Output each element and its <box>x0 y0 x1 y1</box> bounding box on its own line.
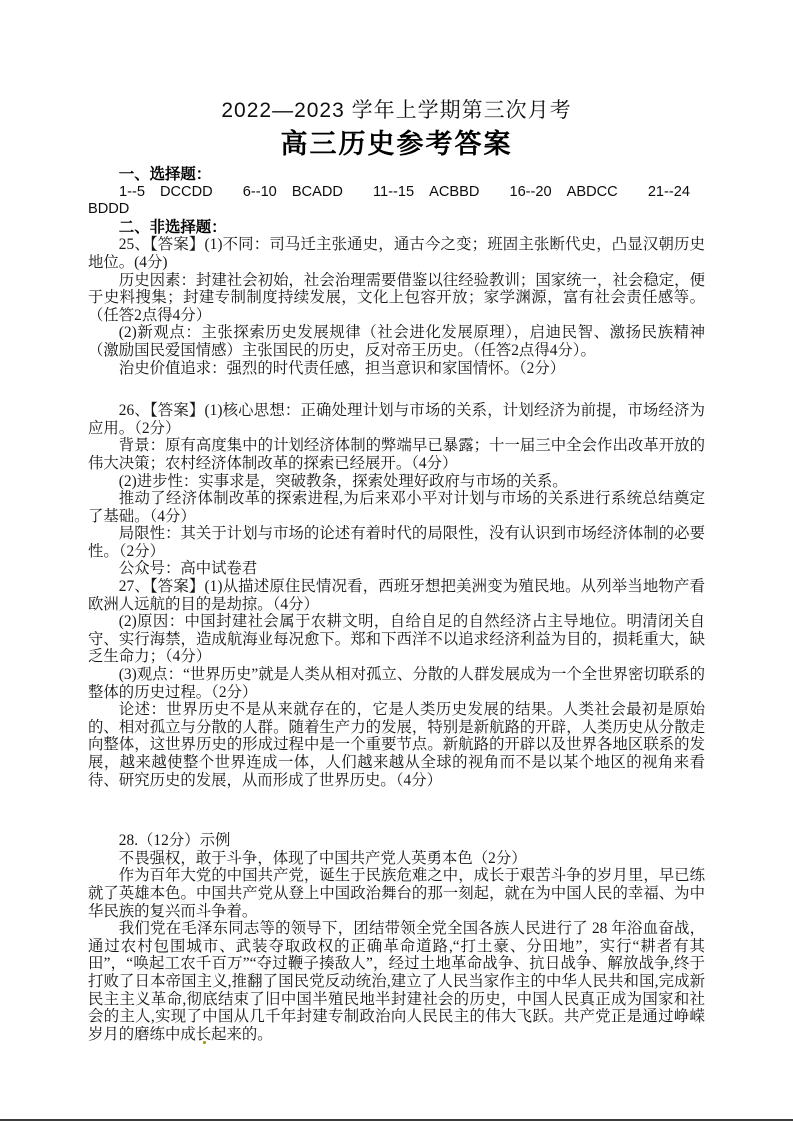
answer-25-p1: 25、【答案】(1)不同：司马迁主张通史，通古今之变；班固主张断代史，凸显汉朝历… <box>88 236 705 271</box>
scanned-answer-sheet-page: 2022—2023 学年上学期第三次月考 高三历史参考答案 一、选择题： 1--… <box>0 0 793 1122</box>
mcq-letters: ABDCC <box>567 184 618 202</box>
mcq-letters: BCADD <box>292 184 343 202</box>
answer-27-p2: (2)原因：中国封建社会属于农耕文明，自给自足的自然经济占主导地位。明清闭关自守… <box>88 613 705 666</box>
document-body: 2022—2023 学年上学期第三次月考 高三历史参考答案 一、选择题： 1--… <box>88 98 705 1043</box>
mcq-range: 11--15 <box>373 184 414 202</box>
mcq-group-2: 6--10 BCADD <box>243 184 343 202</box>
answer-27-p1: 27、【答案】(1)从描述原住民情况看，西班牙想把美洲变为殖民地。从列举当地物产… <box>88 578 705 613</box>
answer-28-p1: 28.（12分）示例 <box>88 832 705 850</box>
answer-27-p4: 论述：世界历史不是从来就存在的，它是人类历史发展的结果。人类社会最初是原始的、相… <box>88 701 705 789</box>
answer-26-p1: 26、【答案】(1)核心思想：正确处理计划与市场的关系，计划经济为前提，市场经济… <box>88 402 705 437</box>
mcq-answers-row: 1--5 DCCDD 6--10 BCADD 11--15 ACBBD 16--… <box>88 184 705 202</box>
mcq-answers-overflow: BDDD <box>88 201 705 219</box>
frq-section-heading: 二、非选择题： <box>88 219 705 237</box>
mcq-range: 1--5 <box>119 184 145 202</box>
mcq-letters: DCCDD <box>160 184 213 202</box>
mcq-range: 6--10 <box>243 184 277 202</box>
mcq-letters: ACBBD <box>429 184 479 202</box>
mcq-range: 16--20 <box>509 184 551 202</box>
answer-27-p3: (3)观点：“世界历史”就是人类从相对孤立、分散的人群发展成为一个全世界密切联系… <box>88 666 705 701</box>
mcq-group-3: 11--15 ACBBD <box>373 184 479 202</box>
answer-26-p4: 推动了经济体制改革的探索进程,为后来邓小平对计划与市场的关系进行系统总结奠定了基… <box>88 490 705 525</box>
mcq-section-heading: 一、选择题： <box>88 166 705 184</box>
mcq-group-5: 21--24 <box>648 184 705 202</box>
answer-26-p2: 背景：原有高度集中的计划经济体制的弊端早已暴露；十一届三中全会作出改革开放的伟大… <box>88 437 705 472</box>
mcq-group-1: 1--5 DCCDD <box>119 184 213 202</box>
answer-26-p3: (2)进步性：实事求是，突破教条，探索处理好政府与市场的关系。 <box>88 473 705 491</box>
answer-28-p3: 作为百年大党的中国共产党，诞生于民族危难之中，成长于艰苦斗争的岁月里，早已练就了… <box>88 867 705 920</box>
scan-artifact-dot <box>203 1041 206 1044</box>
answer-28-p2: 不畏强权，敢于斗争，体现了中国共产党人英勇本色（2分） <box>88 850 705 868</box>
exam-session-title: 2022—2023 学年上学期第三次月考 <box>88 98 705 124</box>
answer-28-p4: 我们党在毛泽东同志等的领导下，团结带领全党全国各族人民进行了 28 年浴血奋战，… <box>88 920 705 1043</box>
mcq-range: 21--24 <box>648 184 690 202</box>
answer-key-title: 高三历史参考答案 <box>88 128 705 160</box>
scan-bottom-edge-line <box>0 1119 793 1121</box>
answer-25-p4: 治史价值追求：强烈的时代责任感，担当意识和家国情怀。（2分） <box>88 360 705 378</box>
publisher-watermark: 公众号：高中试卷君 <box>88 560 705 578</box>
mcq-group-4: 16--20 ABDCC <box>509 184 617 202</box>
answer-25-p3: (2)新观点：主张探索历史发展规律（社会进化发展原理），启迪民智、激扬民族精神（… <box>88 324 705 359</box>
answer-26-p5: 局限性：其关于计划与市场的论述有着时代的局限性，没有认识到市场经济体制的必要性。… <box>88 525 705 560</box>
answer-25-p2: 历史因素：封建社会初始，社会治理需要借鉴以往经验教训；国家统一，社会稳定，便于史… <box>88 272 705 325</box>
